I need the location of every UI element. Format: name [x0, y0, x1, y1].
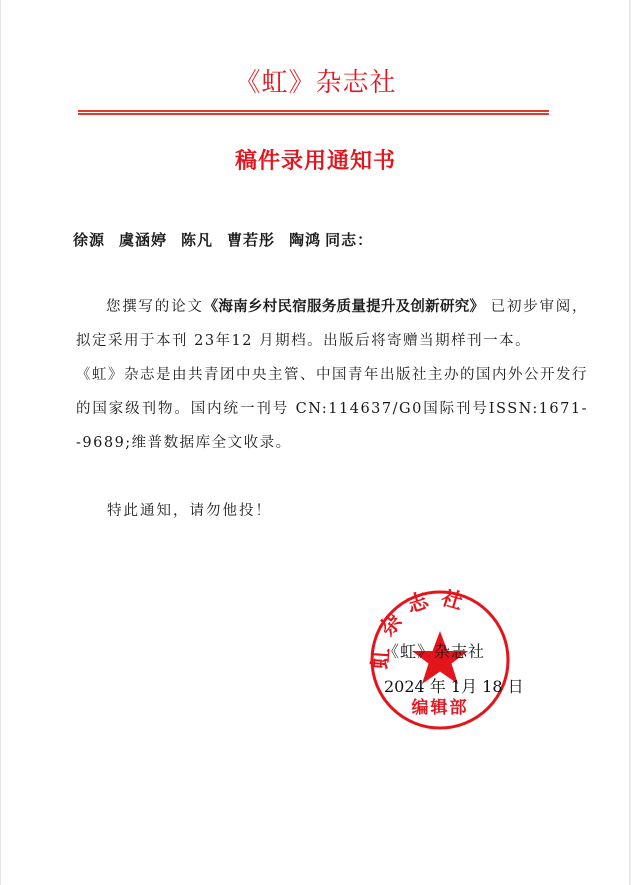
author-name: 曹若彤: [227, 231, 275, 249]
author-name: 陶鸿: [289, 231, 321, 249]
signature-name: 《虹》杂志社: [383, 639, 485, 662]
divider-line-top: [78, 110, 549, 112]
publisher-masthead: 《虹》杂志社: [0, 62, 631, 99]
salutation: 徐源虞涵婷陈凡曹若彤陶鸿同志：: [73, 229, 387, 250]
author-name: 徐源: [73, 231, 105, 249]
salutation-suffix: 同志：: [325, 231, 373, 249]
divider-line-bottom: [78, 113, 549, 115]
header-divider: [78, 110, 549, 115]
acceptance-prefix: 您撰写的论文: [106, 299, 204, 315]
author-name: 陈凡: [181, 231, 213, 249]
document-title: 稿件录用通知书: [0, 144, 631, 175]
paper-title: 《海南乡村民宿服务质量提升及创新研究》: [204, 299, 485, 315]
author-name: 虞涵婷: [119, 231, 167, 249]
letter-body: 您撰写的论文《海南乡村民宿服务质量提升及创新研究》 已初步审阅，拟定采用于本刊 …: [76, 290, 588, 460]
paragraph-acceptance: 您撰写的论文《海南乡村民宿服务质量提升及创新研究》 已初步审阅，拟定采用于本刊 …: [76, 290, 588, 358]
seal-bottom-text: 编辑部: [412, 697, 469, 718]
page-edge-left: [0, 0, 1, 885]
paragraph-journal-info: 《虹》杂志是由共青团中央主管、中国青年出版社主办的国内外公开发行的国家级刊物。国…: [76, 358, 588, 460]
signature-date: 2024 年 1月 18 日: [384, 674, 524, 697]
closing-remark: 特此通知，请勿他投！: [107, 499, 272, 520]
